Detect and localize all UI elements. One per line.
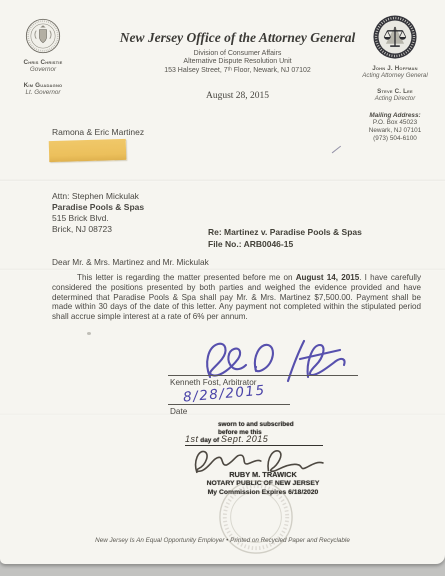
attn-city: Brick, NJ 08723 xyxy=(52,224,144,235)
paper-crease xyxy=(0,179,445,182)
notary-fill-year: 2015 xyxy=(246,434,268,444)
redaction-sticker xyxy=(49,139,127,162)
attn-street: 515 Brick Blvd. xyxy=(52,213,144,224)
ink-smudge xyxy=(87,332,91,335)
salutation: Dear Mr. & Mrs. Martinez and Mr. Mickula… xyxy=(52,257,209,267)
agency-address: 153 Halsey Street, 7ᵗʰ Floor, Newark, NJ… xyxy=(110,67,365,75)
notary-stamp-day-of: day of xyxy=(199,437,221,444)
governor-name: Chris Christie xyxy=(8,59,78,66)
body-paragraph: This letter is regarding the matter pres… xyxy=(52,273,421,322)
re-block: Re: Martinez v. Paradise Pools & Spas Fi… xyxy=(208,227,362,250)
notary-fill-day: 1st xyxy=(185,434,199,444)
paper-crease xyxy=(0,268,445,271)
mailing-address-block: Mailing Address: P.O. Box 45023 Newark, … xyxy=(350,112,440,143)
date-line xyxy=(168,404,290,405)
letter-date: August 28, 2015 xyxy=(110,91,365,101)
body-text-1: This letter is regarding the matter pres… xyxy=(77,273,296,282)
mailing-phone: (973) 504-6100 xyxy=(350,135,440,143)
acting-director-name: Steve C. Lee xyxy=(350,88,440,95)
paper-crease xyxy=(0,413,445,416)
scanned-letter-page: Chris Christie Governor Kim Guadagno Lt.… xyxy=(0,0,445,576)
body-bold-date: August 14, 2015 xyxy=(296,273,360,282)
agency-title: New Jersey Office of the Attorney Genera… xyxy=(110,30,365,46)
lt-governor-title: Lt. Governor xyxy=(8,89,78,96)
mailing-city: Newark, NJ 07101 xyxy=(350,127,440,135)
mailing-po-box: P.O. Box 45023 xyxy=(350,119,440,127)
re-subject: Re: Martinez v. Paradise Pools & Spas xyxy=(208,227,362,239)
agency-division: Division of Consumer Affairs xyxy=(110,50,365,58)
letter-paper: Chris Christie Governor Kim Guadagno Lt.… xyxy=(0,0,445,564)
pen-mark xyxy=(332,146,342,154)
header-center: New Jersey Office of the Attorney Genera… xyxy=(110,30,365,101)
lt-governor-name: Kim Guadagno xyxy=(8,82,78,89)
notary-fill-month: Sept. xyxy=(221,434,245,444)
header-left: Chris Christie Governor Kim Guadagno Lt.… xyxy=(8,18,78,96)
attn-company: Paradise Pools & Spas xyxy=(52,202,144,213)
mailing-address-label: Mailing Address: xyxy=(350,112,440,119)
governor-title: Governor xyxy=(8,66,78,73)
signature-line xyxy=(168,375,358,376)
header-right: John J. Hoffman Acting Attorney General … xyxy=(350,14,440,143)
agency-unit: Alternative Dispute Resolution Unit xyxy=(110,58,365,66)
date-label: Date xyxy=(170,407,187,416)
notary-emboss-seal-icon xyxy=(217,478,295,561)
attorney-general-title: Acting Attorney General xyxy=(350,72,440,79)
nj-state-seal-icon xyxy=(25,41,61,58)
acting-director-title: Acting Director xyxy=(350,95,440,102)
notary-stamp-fill-row: 1st day of Sept. 2015 xyxy=(185,434,323,446)
attorney-general-name: John J. Hoffman xyxy=(350,65,440,72)
recipient-name: Ramona & Eric Martinez xyxy=(52,127,144,137)
footer-note: New Jersey Is An Equal Opportunity Emplo… xyxy=(0,537,445,544)
attn-block: Attn: Stephen Mickulak Paradise Pools & … xyxy=(52,191,144,235)
attorney-general-seal-icon xyxy=(372,47,418,64)
attn-line: Attn: Stephen Mickulak xyxy=(52,191,144,202)
notary-stamp-line1: sworn to and subscribed xyxy=(218,421,294,428)
re-file-number: File No.: ARB0046-15 xyxy=(208,239,362,251)
